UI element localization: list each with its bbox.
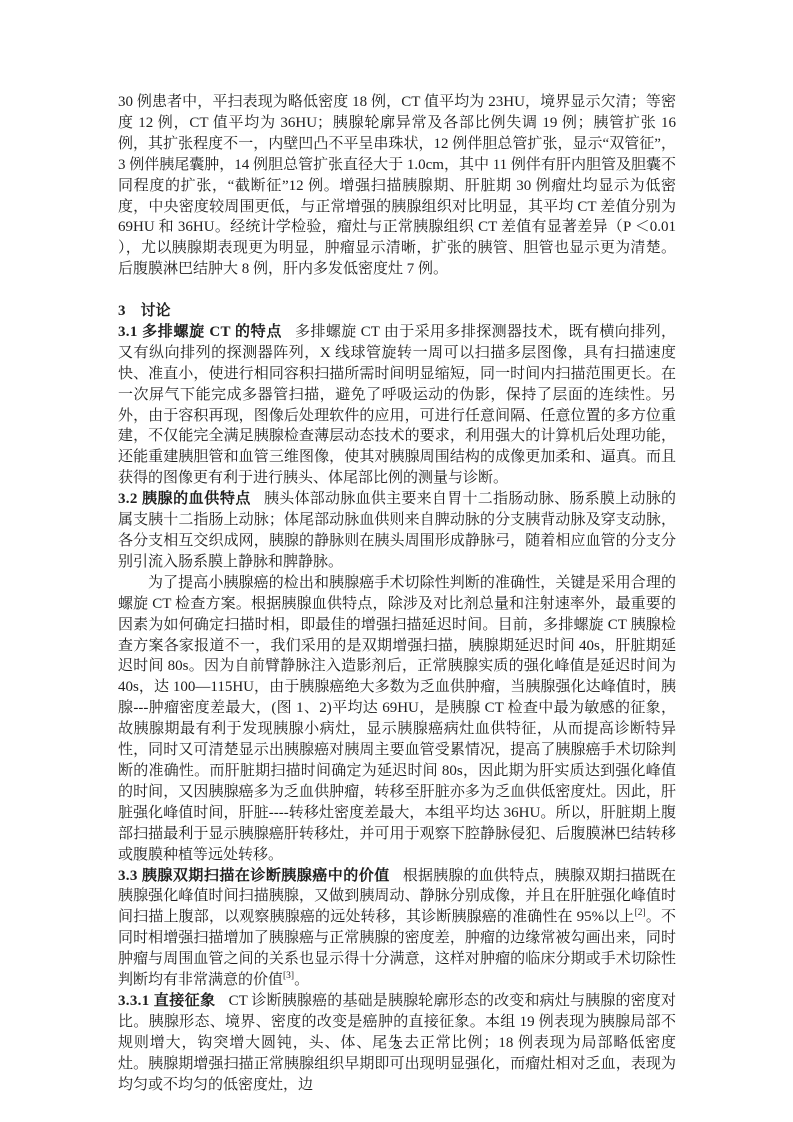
section-3-1: 3.1 多排螺旋 CT 的特点多排螺旋 CT 由于采用多排探测器技术，既有横向排… — [118, 322, 676, 489]
paragraph-results: 30 例患者中，平扫表现为略低密度 18 例，CT 值平均为 23HU，境界显示… — [118, 92, 676, 280]
section-3-1-text: 多排螺旋 CT 由于采用多排探测器技术，既有横向排列，又有纵向排列的探测器阵列，… — [118, 324, 676, 486]
document-page: 30 例患者中，平扫表现为略低密度 18 例，CT 值平均为 23HU，境界显示… — [118, 92, 676, 1095]
section-3-3-text-3: 。 — [294, 972, 309, 988]
section-3-2: 3.2 胰腺的血供特点胰头体部动脉血供主要来自胃十二指肠动脉、肠系膜上动脉的属支… — [118, 489, 676, 573]
section-3-3-1-label: 3.3.1 直接征象 — [118, 993, 216, 1009]
section-3-3: 3.3 胰腺双期扫描在诊断胰腺癌中的价值根据胰腺的血供特点，胰腺双期扫描既在胰腺… — [118, 866, 676, 991]
section-3-1-label: 3.1 多排螺旋 CT 的特点 — [118, 324, 282, 340]
section-3-2-label: 3.2 胰腺的血供特点 — [118, 491, 251, 507]
section-heading-discussion: 3 讨论 — [118, 301, 676, 322]
citation-ref-3: [3] — [283, 971, 294, 981]
citation-ref-2: [2] — [635, 908, 646, 918]
page-number: 2 — [0, 1038, 793, 1054]
paragraph-scan-protocol: 为了提高小胰腺癌的检出和胰腺癌手术切除性判断的准确性，关键是采用合理的螺旋 CT… — [118, 573, 676, 866]
section-3-3-label: 3.3 胰腺双期扫描在诊断胰腺癌中的价值 — [118, 868, 390, 884]
